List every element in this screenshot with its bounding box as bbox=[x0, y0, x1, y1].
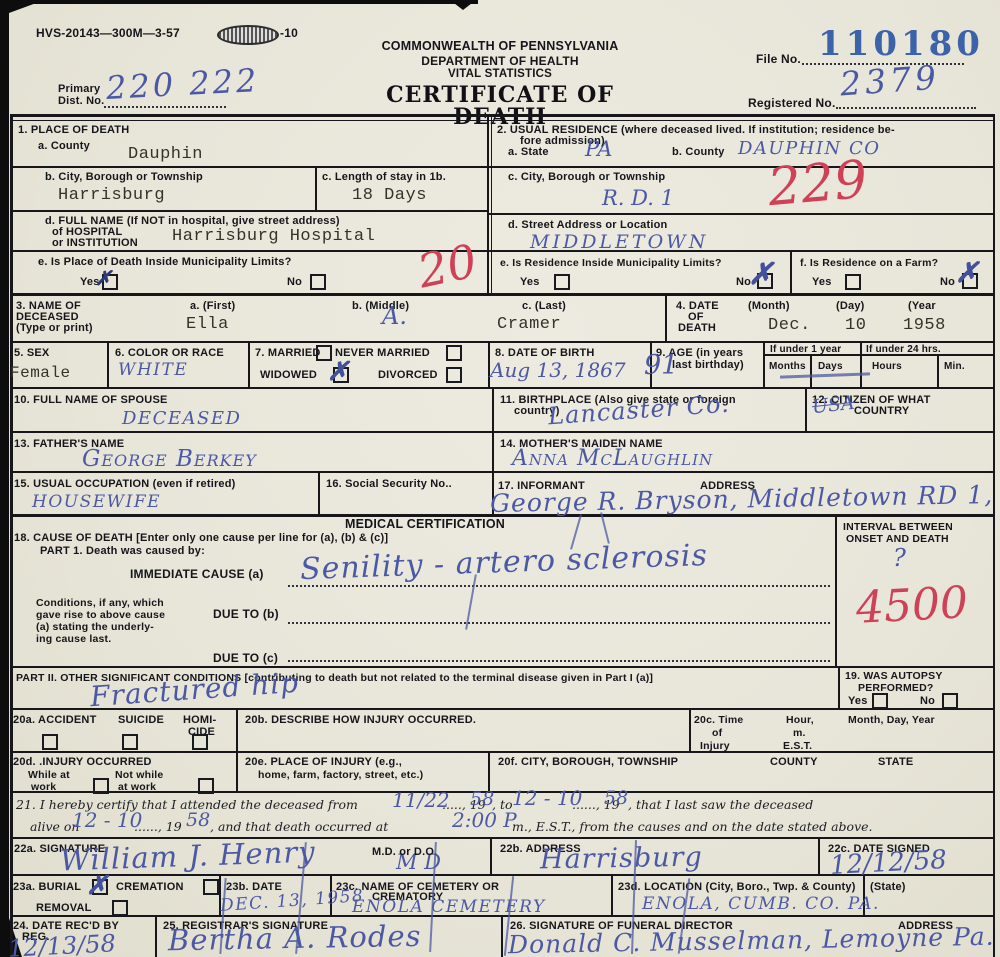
s20c-est-label: E.S.T. bbox=[783, 740, 812, 752]
s9-under1-label: If under 1 year bbox=[770, 344, 841, 356]
rule bbox=[236, 708, 238, 751]
rule bbox=[818, 837, 820, 874]
rule bbox=[10, 791, 995, 793]
s9-value: 91 bbox=[644, 352, 678, 379]
s12-value: USA bbox=[811, 394, 856, 417]
scan-edge-left bbox=[0, 0, 9, 957]
s20d-while2: work bbox=[31, 781, 56, 793]
s7-divorced-label: DIVORCED bbox=[378, 369, 438, 382]
printer-union-seal-icon bbox=[217, 25, 279, 45]
s18-cond2: gave rise to above cause bbox=[36, 609, 165, 621]
s8-value: Aug 13, 1867 bbox=[490, 360, 626, 380]
s20f-state-label: STATE bbox=[878, 756, 913, 769]
s20f-label: 20f. CITY, BOROUGH, TOWNSHIP bbox=[498, 756, 678, 769]
s1-limits-label: e. Is Place of Death Inside Municipality… bbox=[38, 256, 292, 269]
primary-dist-label2: Dist. No. bbox=[58, 95, 104, 108]
s20c-of-label: of bbox=[712, 727, 722, 739]
s16-label: 16. Social Security No.. bbox=[326, 478, 452, 491]
s10-value: DECEASED bbox=[122, 410, 241, 428]
s20d-notwhile-checkbox[interactable] bbox=[198, 778, 214, 794]
pen-stroke bbox=[780, 372, 870, 378]
s19-label2: PERFORMED? bbox=[858, 682, 934, 694]
s23a-burial-checkmark: ✗ bbox=[86, 873, 108, 899]
s2-red-annotation: 229 bbox=[766, 154, 869, 214]
s19-yes-checkbox[interactable] bbox=[872, 693, 888, 709]
s2-farm-yes-checkbox[interactable] bbox=[845, 274, 861, 290]
s23a-cremation-label: CREMATION bbox=[116, 881, 184, 894]
s20a-accident-checkbox[interactable] bbox=[42, 734, 58, 750]
rule bbox=[805, 387, 807, 431]
registered-no-value: 2379 bbox=[839, 61, 941, 101]
rule bbox=[491, 114, 492, 294]
s21-hw-year3: 58 bbox=[186, 811, 210, 830]
s13-value: George Berkey bbox=[82, 448, 257, 471]
commonwealth-line: COMMONWEALTH OF PENNSYLVANIA bbox=[350, 39, 650, 54]
s7-divorced-checkbox[interactable] bbox=[446, 367, 462, 383]
interval-red-value: 4500 bbox=[855, 581, 969, 631]
s4-title3: DEATH bbox=[678, 322, 716, 335]
s20c-hour-label: Hour, bbox=[786, 714, 814, 726]
scan-mark bbox=[450, 0, 476, 10]
s6-value: WHITE bbox=[118, 362, 188, 379]
page-title: CERTIFICATE OF DEATH bbox=[335, 84, 665, 128]
s22a-md-label: M.D. or D.O. bbox=[372, 846, 437, 859]
s20b-label: 20b. DESCRIBE HOW INJURY OCCURRED. bbox=[245, 714, 476, 727]
dotted-line bbox=[288, 621, 830, 624]
s9-months-label: Months bbox=[769, 361, 806, 373]
s21-hw-time: 2:00 P bbox=[452, 810, 517, 830]
s18-label: 18. CAUSE OF DEATH [Enter only one cause… bbox=[14, 532, 388, 545]
s4-day-value: 10 bbox=[845, 317, 866, 334]
rule bbox=[611, 874, 613, 915]
s4-month-value: Dec. bbox=[768, 317, 811, 334]
s18-immediate-label: IMMEDIATE CAUSE (a) bbox=[130, 567, 264, 581]
s12-label2: COUNTRY bbox=[854, 405, 909, 418]
s2-farm-no-checkmark: ✗ bbox=[955, 259, 978, 287]
s21-hw-from: 11/22 bbox=[392, 790, 450, 810]
s21-line2d: m., E.S.T., from the causes and on the d… bbox=[512, 821, 873, 834]
s23d-value: ENOLA, CUMB. CO. PA. bbox=[642, 896, 880, 913]
s2-farm-label: f. Is Residence on a Farm? bbox=[800, 257, 938, 269]
s21-hw-year2: 58 bbox=[604, 789, 628, 808]
s4-day-label: (Day) bbox=[836, 300, 865, 313]
s20d-while1: While at bbox=[28, 769, 70, 781]
s9-label2: last birthday) bbox=[672, 359, 744, 372]
s20f-county-label: COUNTY bbox=[770, 756, 818, 769]
rule bbox=[315, 166, 317, 210]
physician-address: Harrisburg bbox=[540, 844, 703, 874]
rule bbox=[10, 751, 995, 753]
rule bbox=[10, 341, 995, 343]
s23a-removal-checkbox[interactable] bbox=[112, 900, 128, 916]
s2-county-label: b. County bbox=[672, 146, 725, 159]
s6-label: 6. COLOR OR RACE bbox=[115, 347, 224, 360]
rule bbox=[487, 213, 995, 215]
file-no-stamp: 110180 bbox=[818, 27, 984, 61]
s1-stay-label: c. Length of stay in 1b. bbox=[322, 171, 446, 184]
rule bbox=[492, 387, 494, 431]
s1-no-checkbox[interactable] bbox=[310, 274, 326, 290]
s2-street-value: MIDDLETOWN bbox=[530, 233, 708, 252]
rule bbox=[10, 431, 995, 433]
rule bbox=[838, 666, 840, 708]
s18-due-c-label: DUE TO (c) bbox=[213, 651, 278, 665]
s20c-mdy-label: Month, Day, Year bbox=[848, 714, 935, 726]
s19-yes-label: Yes bbox=[848, 695, 868, 708]
s4-year-label: (Year bbox=[908, 300, 936, 313]
s3-last-label: c. (Last) bbox=[522, 300, 566, 313]
s1-hospital-value: Harrisburg Hospital bbox=[172, 228, 375, 245]
rule bbox=[763, 341, 765, 387]
rule bbox=[107, 341, 109, 387]
s7-widowed-label: WIDOWED bbox=[260, 369, 317, 382]
s21-hw-year1: 58 bbox=[470, 790, 494, 809]
s3-middle-value: A. bbox=[382, 304, 407, 328]
s2-state-label: a. State bbox=[508, 146, 549, 159]
rule bbox=[665, 293, 667, 341]
s1-hospital-label3: or INSTITUTION bbox=[52, 237, 138, 250]
s9-hours-label: Hours bbox=[872, 361, 902, 373]
s21-line2c: , and that death occurred at bbox=[210, 821, 388, 834]
s20c-label: 20c. Time bbox=[694, 714, 743, 726]
s20a-suicide-label: SUICIDE bbox=[118, 714, 164, 727]
s9-days-label: Days bbox=[818, 361, 843, 373]
rule bbox=[10, 166, 487, 168]
s3-last-value: Cramer bbox=[497, 316, 561, 333]
s1-red-annotation: 20 bbox=[414, 237, 481, 294]
rule bbox=[860, 341, 862, 387]
rule bbox=[487, 166, 995, 168]
interval-label1: INTERVAL BETWEEN bbox=[843, 521, 953, 533]
rule bbox=[318, 471, 320, 514]
rule bbox=[835, 514, 837, 666]
s3-title3: (Type or print) bbox=[16, 322, 93, 335]
date-signed-value: 12/12/58 bbox=[829, 847, 947, 879]
s20a-suicide-checkbox[interactable] bbox=[122, 734, 138, 750]
s18-cond3: (a) stating the underly- bbox=[36, 621, 154, 633]
department-line: DEPARTMENT OF HEALTH bbox=[350, 54, 650, 68]
death-certificate-page: HVS-20143—300M—3-57 -10 COMMONWEALTH OF … bbox=[0, 0, 1000, 957]
rule bbox=[10, 114, 995, 117]
s14-value: Anna McLaughlin bbox=[512, 448, 713, 470]
rule bbox=[10, 837, 995, 839]
s21-line2b: ......, 19 bbox=[134, 821, 182, 834]
s2-limits-no-checkmark: ✗ bbox=[748, 260, 773, 290]
physician-signature: William J. Henry bbox=[60, 838, 316, 876]
rule bbox=[790, 250, 792, 294]
s3-first-value: Ella bbox=[186, 316, 229, 333]
rule bbox=[488, 751, 490, 791]
s20a-homicide-checkbox[interactable] bbox=[192, 734, 208, 750]
s2-farm-yes-label: Yes bbox=[812, 276, 832, 289]
rule bbox=[490, 837, 492, 874]
s2-limits-label: e. Is Residence Inside Municipality Limi… bbox=[500, 257, 722, 269]
rule bbox=[10, 666, 995, 668]
rule bbox=[10, 293, 995, 296]
s21-hw-alive: 12 - 10 bbox=[72, 810, 142, 830]
rule bbox=[10, 120, 995, 121]
s20d-not2: at work bbox=[118, 781, 156, 793]
s1-city-label: b. City, Borough or Township bbox=[45, 171, 203, 184]
s20a-label: 20a. ACCIDENT bbox=[13, 714, 97, 727]
s5-label: 5. SEX bbox=[14, 347, 49, 360]
form-number-suffix: -10 bbox=[280, 26, 298, 40]
s4-year-value: 1958 bbox=[903, 317, 946, 334]
s1-city-value: Harrisburg bbox=[58, 187, 165, 204]
rule bbox=[810, 354, 812, 387]
date-received-value: 12/13/58 bbox=[7, 931, 116, 957]
s2-farm-no-label: No bbox=[940, 276, 955, 289]
s18-part1-label: PART 1. Death was caused by: bbox=[40, 545, 205, 558]
s20c-m-label: m. bbox=[793, 727, 806, 739]
rule bbox=[937, 354, 939, 387]
s10-label: 10. FULL NAME OF SPOUSE bbox=[14, 394, 168, 407]
rule bbox=[501, 915, 503, 957]
vital-statistics-line: VITAL STATISTICS bbox=[350, 68, 650, 82]
s2-city-value: R. D. 1 bbox=[602, 188, 674, 209]
interval-a-value: ? bbox=[893, 546, 906, 570]
rule bbox=[993, 114, 995, 957]
rule bbox=[10, 114, 13, 957]
rule bbox=[492, 431, 494, 471]
s20c-injury-label: Injury bbox=[700, 740, 730, 752]
s20e-label2: home, farm, factory, street, etc.) bbox=[258, 769, 423, 781]
s7-widowed-checkmark: ✗ bbox=[327, 359, 349, 385]
file-no-label: File No. bbox=[756, 52, 801, 66]
medical-certification-title: MEDICAL CERTIFICATION bbox=[320, 517, 530, 532]
s20e-label: 20e. PLACE OF INJURY (e.g., bbox=[245, 756, 402, 769]
s1-county-label: a. County bbox=[38, 140, 90, 153]
s1-no-label: No bbox=[287, 276, 302, 289]
dotted-line bbox=[836, 106, 976, 109]
s2-yes-label: Yes bbox=[520, 276, 540, 289]
s1-stay-value: 18 Days bbox=[352, 187, 427, 204]
s23d-state-label: (State) bbox=[870, 881, 906, 894]
s15-value: HOUSEWIFE bbox=[32, 494, 161, 511]
s18-cond4: ing cause last. bbox=[36, 633, 111, 645]
rule bbox=[236, 751, 238, 791]
s1-county-value: Dauphin bbox=[128, 146, 203, 163]
rule bbox=[487, 114, 489, 294]
rule bbox=[10, 210, 487, 212]
rule bbox=[248, 341, 250, 387]
s20d-while-checkbox[interactable] bbox=[93, 778, 109, 794]
s1-yes-checkmark: ✗ bbox=[95, 268, 112, 288]
s9-under24-label: If under 24 hrs. bbox=[866, 344, 941, 356]
s7-never-label: NEVER MARRIED bbox=[335, 347, 430, 360]
s5-value: Female bbox=[10, 365, 71, 381]
s2-state-value: PA bbox=[585, 139, 612, 160]
s7-never-checkbox[interactable] bbox=[446, 345, 462, 361]
dotted-line bbox=[288, 659, 830, 662]
registered-no-label: Registered No. bbox=[748, 96, 836, 110]
s23c-value: ENOLA CEMETERY bbox=[352, 899, 546, 916]
s23a-removal-label: REMOVAL bbox=[36, 902, 92, 915]
form-number: HVS-20143—300M—3-57 bbox=[36, 26, 180, 40]
s9-min-label: Min. bbox=[944, 361, 965, 373]
s23d-label: 23d. LOCATION (City, Boro., Twp. & Count… bbox=[618, 881, 856, 894]
scan-edge-top bbox=[0, 0, 478, 4]
s2-limits-yes-checkbox[interactable] bbox=[554, 274, 570, 290]
s19-no-label: No bbox=[920, 695, 935, 708]
s21-line1e: , that I last saw the deceased bbox=[628, 799, 813, 812]
rule bbox=[10, 387, 995, 389]
s15-label: 15. USUAL OCCUPATION (even if retired) bbox=[14, 478, 236, 491]
s18-cause-value: Senility - artero sclerosis bbox=[300, 541, 709, 585]
s23a-cremation-checkbox[interactable] bbox=[203, 879, 219, 895]
rule bbox=[689, 708, 691, 751]
s3-first-label: a. (First) bbox=[190, 300, 235, 313]
s4-month-label: (Month) bbox=[748, 300, 790, 313]
s2-city-label: c. City, Borough or Township bbox=[508, 171, 665, 184]
s1-title: 1. PLACE OF DEATH bbox=[18, 124, 129, 137]
s7-married-label: 7. MARRIED bbox=[255, 347, 321, 360]
s18-cond1: Conditions, if any, which bbox=[36, 597, 164, 609]
s20d-not1: Not while bbox=[115, 769, 163, 781]
s20d-label: 20d. .INJURY OCCURRED bbox=[13, 756, 152, 769]
s19-label: 19. WAS AUTOPSY bbox=[845, 670, 943, 682]
primary-dist-value: 220 222 bbox=[105, 64, 260, 104]
s18-due-b-label: DUE TO (b) bbox=[213, 607, 279, 621]
rule bbox=[155, 915, 157, 957]
s19-no-checkbox[interactable] bbox=[942, 693, 958, 709]
s23a-burial-label: 23a. BURIAL bbox=[13, 881, 81, 894]
funeral-director-signature: Donald C. Musselman, Lemoyne Pa. bbox=[508, 924, 995, 957]
